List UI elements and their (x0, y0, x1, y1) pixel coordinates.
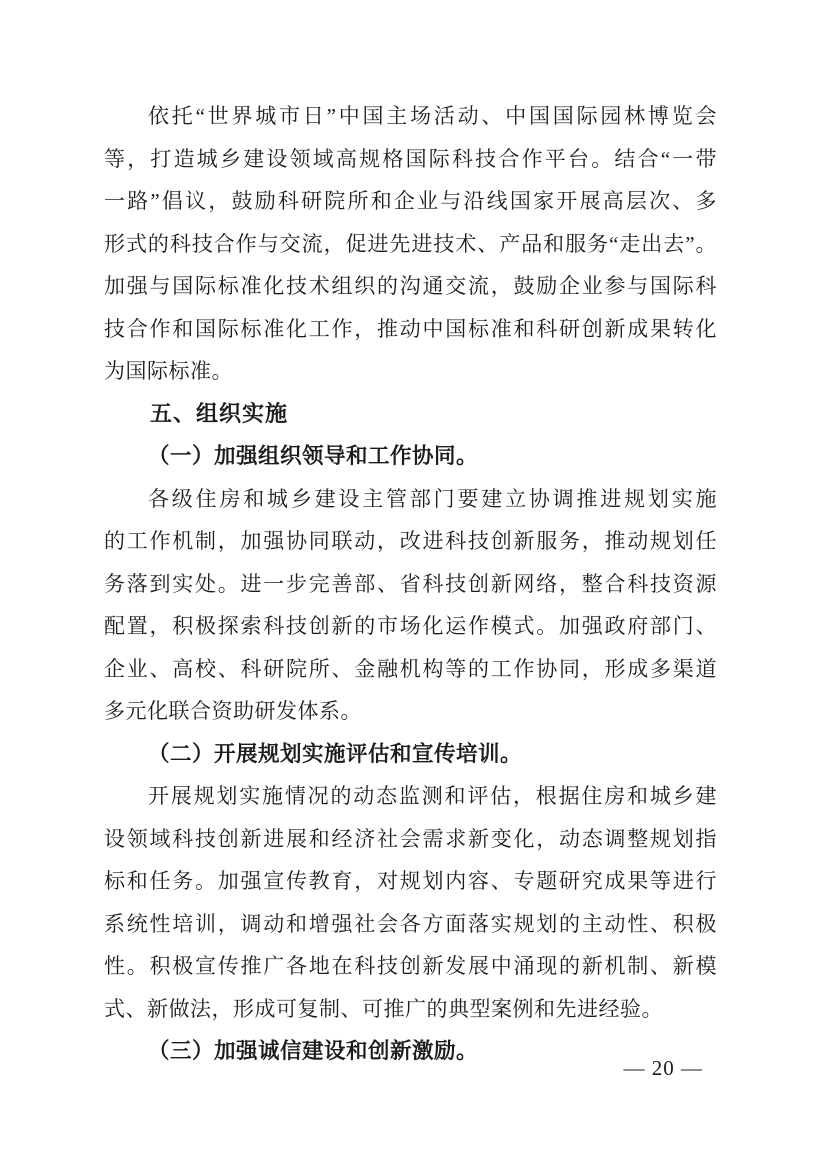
subsection-heading-1: （一）加强组织领导和工作协同。 (104, 435, 717, 478)
body-line: 务落到实处。进一步完善部、省科技创新网络，整合科技资源 (104, 563, 717, 606)
body-line: 设领域科技创新进展和经济社会需求新变化，动态调整规划指 (104, 818, 717, 861)
body-line: 的工作机制，加强协同联动，改进科技创新服务，推动规划任 (104, 520, 717, 563)
body-line: 各级住房和城乡建设主管部门要建立协调推进规划实施 (104, 478, 717, 521)
body-line: 开展规划实施情况的动态监测和评估，根据住房和城乡建 (104, 775, 717, 818)
body-line: 加强与国际标准化技术组织的沟通交流，鼓励企业参与国际科 (104, 265, 717, 308)
subsection-heading-2: （二）开展规划实施评估和宣传培训。 (104, 733, 717, 776)
section-heading: 五、组织实施 (104, 393, 717, 436)
document-page: 依托“世界城市日”中国主场活动、中国国际园林博览会 等，打造城乡建设领域高规格国… (0, 0, 827, 1170)
body-line: 多元化联合资助研发体系。 (104, 690, 717, 733)
body-line: 企业、高校、科研院所、金融机构等的工作协同，形成多渠道 (104, 648, 717, 691)
body-line: 依托“世界城市日”中国主场活动、中国国际园林博览会 (104, 95, 717, 138)
body-line: 配置，积极探索科技创新的市场化运作模式。加强政府部门、 (104, 605, 717, 648)
document-body: 依托“世界城市日”中国主场活动、中国国际园林博览会 等，打造城乡建设领域高规格国… (104, 95, 717, 1073)
body-line: 形式的科技合作与交流，促进先进技术、产品和服务“走出去”。 (104, 223, 717, 266)
body-line: 系统性培训，调动和增强社会各方面落实规划的主动性、积极 (104, 903, 717, 946)
body-line: 标和任务。加强宣传教育，对规划内容、专题研究成果等进行 (104, 860, 717, 903)
page-number: — 20 — (624, 1056, 704, 1081)
body-line: 一路”倡议，鼓励科研院所和企业与沿线国家开展高层次、多 (104, 180, 717, 223)
body-line: 性。积极宣传推广各地在科技创新发展中涌现的新机制、新模 (104, 945, 717, 988)
body-line: 等，打造城乡建设领域高规格国际科技合作平台。结合“一带 (104, 138, 717, 181)
body-line: 技合作和国际标准化工作，推动中国标准和科研创新成果转化 (104, 308, 717, 351)
body-line: 式、新做法，形成可复制、可推广的典型案例和先进经验。 (104, 988, 717, 1031)
body-line: 为国际标准。 (104, 350, 717, 393)
